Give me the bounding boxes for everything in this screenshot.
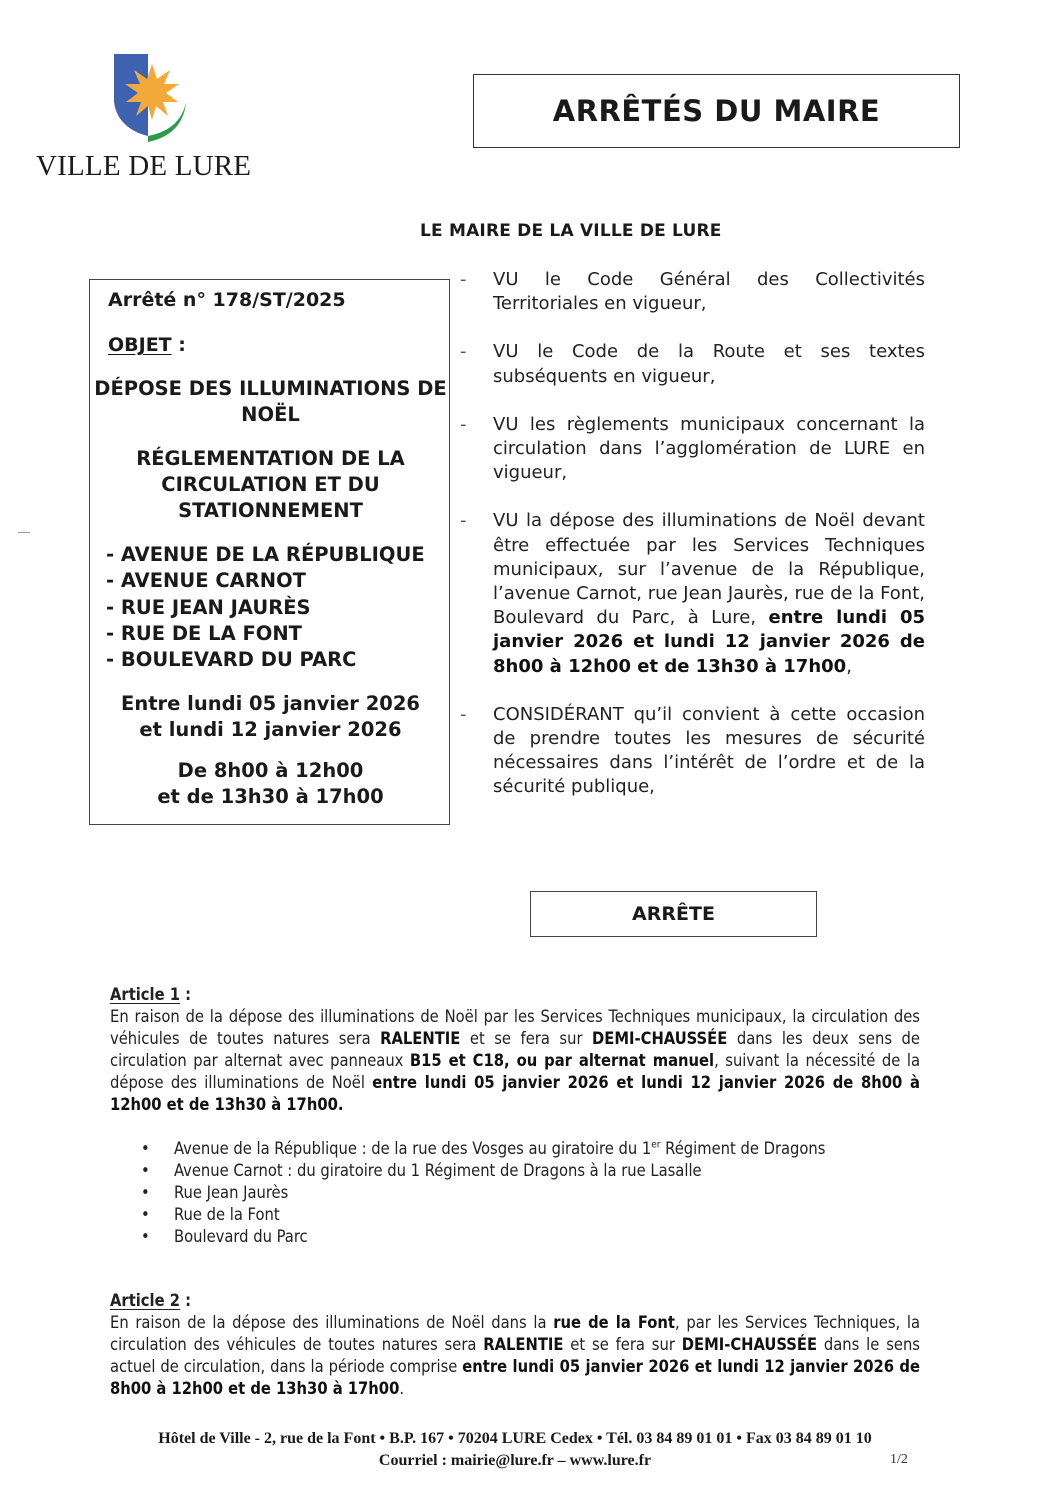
bullet-icon: • <box>141 1182 150 1204</box>
consideration-item: -CONSIDÉRANT qu’il convient à cette occa… <box>460 703 925 800</box>
dash-bullet: - <box>460 509 467 533</box>
document-title-box: ARRÊTÉS DU MAIRE <box>473 74 960 148</box>
dash-bullet: - <box>460 340 467 364</box>
footer: Hôtel de Ville - 2, rue de la Font • B.P… <box>100 1428 930 1472</box>
article-2-body: En raison de la dépose des illuminations… <box>110 1312 920 1400</box>
street-item: - BOULEVARD DU PARC <box>106 647 425 673</box>
street-bullet-item: •Rue de la Font <box>141 1204 921 1226</box>
article-1-street-bullets: •Avenue de la République : de la rue des… <box>141 1138 921 1248</box>
article-2-title: Article 2 : <box>110 1290 920 1312</box>
footer-address: Hôtel de Ville - 2, rue de la Font • B.P… <box>100 1428 930 1450</box>
article-1-body: En raison de la dépose des illuminations… <box>110 1006 920 1116</box>
city-name: VILLE DE LURE <box>36 150 251 183</box>
street-bullet-item: •Avenue Carnot : du giratoire du 1 Régim… <box>141 1160 921 1182</box>
page-number: 1/2 <box>890 1452 908 1468</box>
street-item: - RUE JEAN JAURÈS <box>106 595 425 621</box>
city-logo <box>108 52 192 144</box>
article-2: Article 2 : En raison de la dépose des i… <box>110 1290 920 1400</box>
website-link[interactable]: www.lure.fr <box>570 1452 651 1469</box>
objet-box: Arrêté n° 178/ST/2025 OBJET : DÉPOSE DES… <box>89 279 450 825</box>
arrete-number: Arrêté n° 178/ST/2025 <box>108 289 346 311</box>
street-bullet-item: •Boulevard du Parc <box>141 1226 921 1248</box>
objet-label: OBJET : <box>108 334 186 356</box>
bullet-icon: • <box>141 1226 150 1248</box>
street-bullet-item: •Rue Jean Jaurès <box>141 1182 921 1204</box>
date-range: Entre lundi 05 janvier 2026et lundi 12 j… <box>90 691 451 743</box>
article-1-title: Article 1 : <box>110 984 920 1006</box>
scan-margin-mark <box>18 532 30 533</box>
street-item: - AVENUE CARNOT <box>106 568 425 594</box>
mayor-heading: LE MAIRE DE LA VILLE DE LURE <box>420 221 722 241</box>
footer-contact: Courriel : mairie@lure.fr – www.lure.fr <box>100 1450 930 1472</box>
arrete-heading-box: ARRÊTE <box>530 891 817 937</box>
street-list: - AVENUE DE LA RÉPUBLIQUE- AVENUE CARNOT… <box>106 542 425 673</box>
email-link[interactable]: mairie@lure.fr <box>451 1452 554 1469</box>
subject-deposit: DÉPOSE DES ILLUMINATIONS DENOËL <box>90 376 451 428</box>
considerations-list: -VU le Code Général des Collectivités Te… <box>460 268 925 824</box>
article-1: Article 1 : En raison de la dépose des i… <box>110 984 920 1116</box>
dash-bullet: - <box>460 268 467 292</box>
consideration-item: -VU le Code Général des Collectivités Te… <box>460 268 925 316</box>
bullet-icon: • <box>141 1204 150 1226</box>
bullet-icon: • <box>141 1160 150 1182</box>
consideration-item: -VU les règlements municipaux concernant… <box>460 413 925 486</box>
bullet-icon: • <box>141 1138 150 1160</box>
street-item: - AVENUE DE LA RÉPUBLIQUE <box>106 542 425 568</box>
dash-bullet: - <box>460 413 467 437</box>
street-bullet-item: •Avenue de la République : de la rue des… <box>141 1138 921 1160</box>
consideration-item: -VU la dépose des illuminations de Noël … <box>460 509 925 678</box>
subject-regulation: RÉGLEMENTATION DE LACIRCULATION ET DUSTA… <box>90 446 451 524</box>
time-range: De 8h00 à 12h00et de 13h30 à 17h00 <box>90 758 451 810</box>
dash-bullet: - <box>460 703 467 727</box>
arrete-heading: ARRÊTE <box>632 903 715 925</box>
street-item: - RUE DE LA FONT <box>106 621 425 647</box>
document-title: ARRÊTÉS DU MAIRE <box>553 94 880 128</box>
consideration-item: -VU le Code de la Route et ses textes su… <box>460 340 925 388</box>
